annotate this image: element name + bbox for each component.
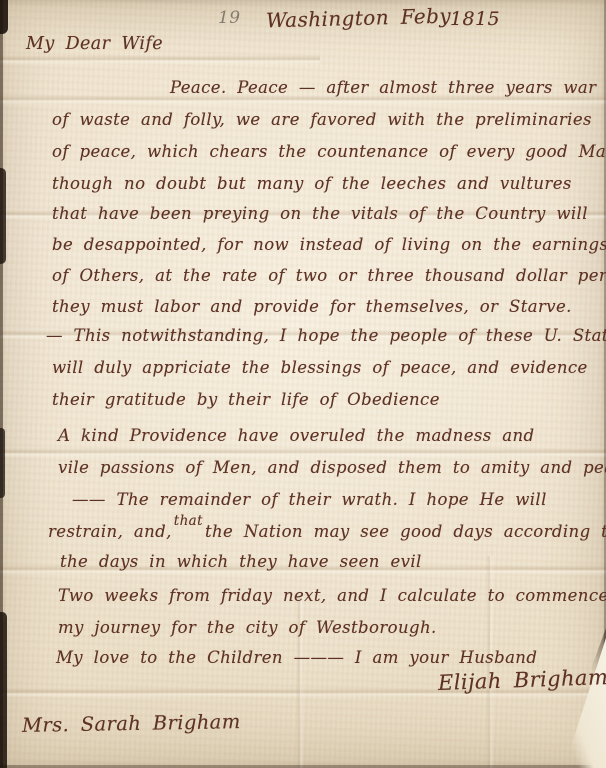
pencil-annotation: 19 [218,8,240,28]
salutation: My Dear Wife [26,34,163,54]
scanned-letter: 19 Washington Feby 1815 My Dear Wife Pea… [0,0,606,768]
letter-line: —— The remainder of their wrath. I hope … [72,484,547,515]
letter-line: vile passions of Men, and disposed them … [58,452,606,483]
letter-line: the days in which they have seen evil [60,546,422,577]
letter-line-with-insertion: restrain, and,thatthe Nation may see goo… [48,516,606,549]
letter-line: A kind Providence have overuled the madn… [58,420,534,451]
closing-line: My love to the Children ——— I am your Hu… [56,642,537,673]
addressee: Mrs. Sarah Brigham [22,710,241,737]
letter-line: my journey for the city of Westborough. [58,612,437,643]
letter-line-segment: restrain, and, [48,522,172,541]
letter-line: — This notwithstanding, I hope the peopl… [46,320,606,351]
letter-line-segment: the Nation may see good days according t… [205,522,606,541]
letter-line: of peace, which chears the countenance o… [52,136,606,167]
letter-line: that have been preying on the vitals of … [52,198,588,229]
dateline-year: 1815 [450,8,500,30]
letter-line: be desappointed, for now instead of livi… [52,229,606,260]
letter-line: their gratitude by their life of Obedien… [52,384,440,415]
letter-line: Two weeks from friday next, and I calcul… [58,580,606,611]
letter-line: they must labor and provide for themselv… [52,291,572,322]
letter-line: though no doubt but many of the leeches … [52,168,572,199]
letter-line: Peace. Peace — after almost three years … [170,72,596,103]
inserted-word: that [174,506,203,537]
letter-line: will duly appriciate the blessings of pe… [52,352,588,383]
letter-line: of Others, at the rate of two or three t… [52,260,606,291]
letter-line: of waste and folly, we are favored with … [52,104,592,135]
dateline: Washington Feby [266,4,452,33]
